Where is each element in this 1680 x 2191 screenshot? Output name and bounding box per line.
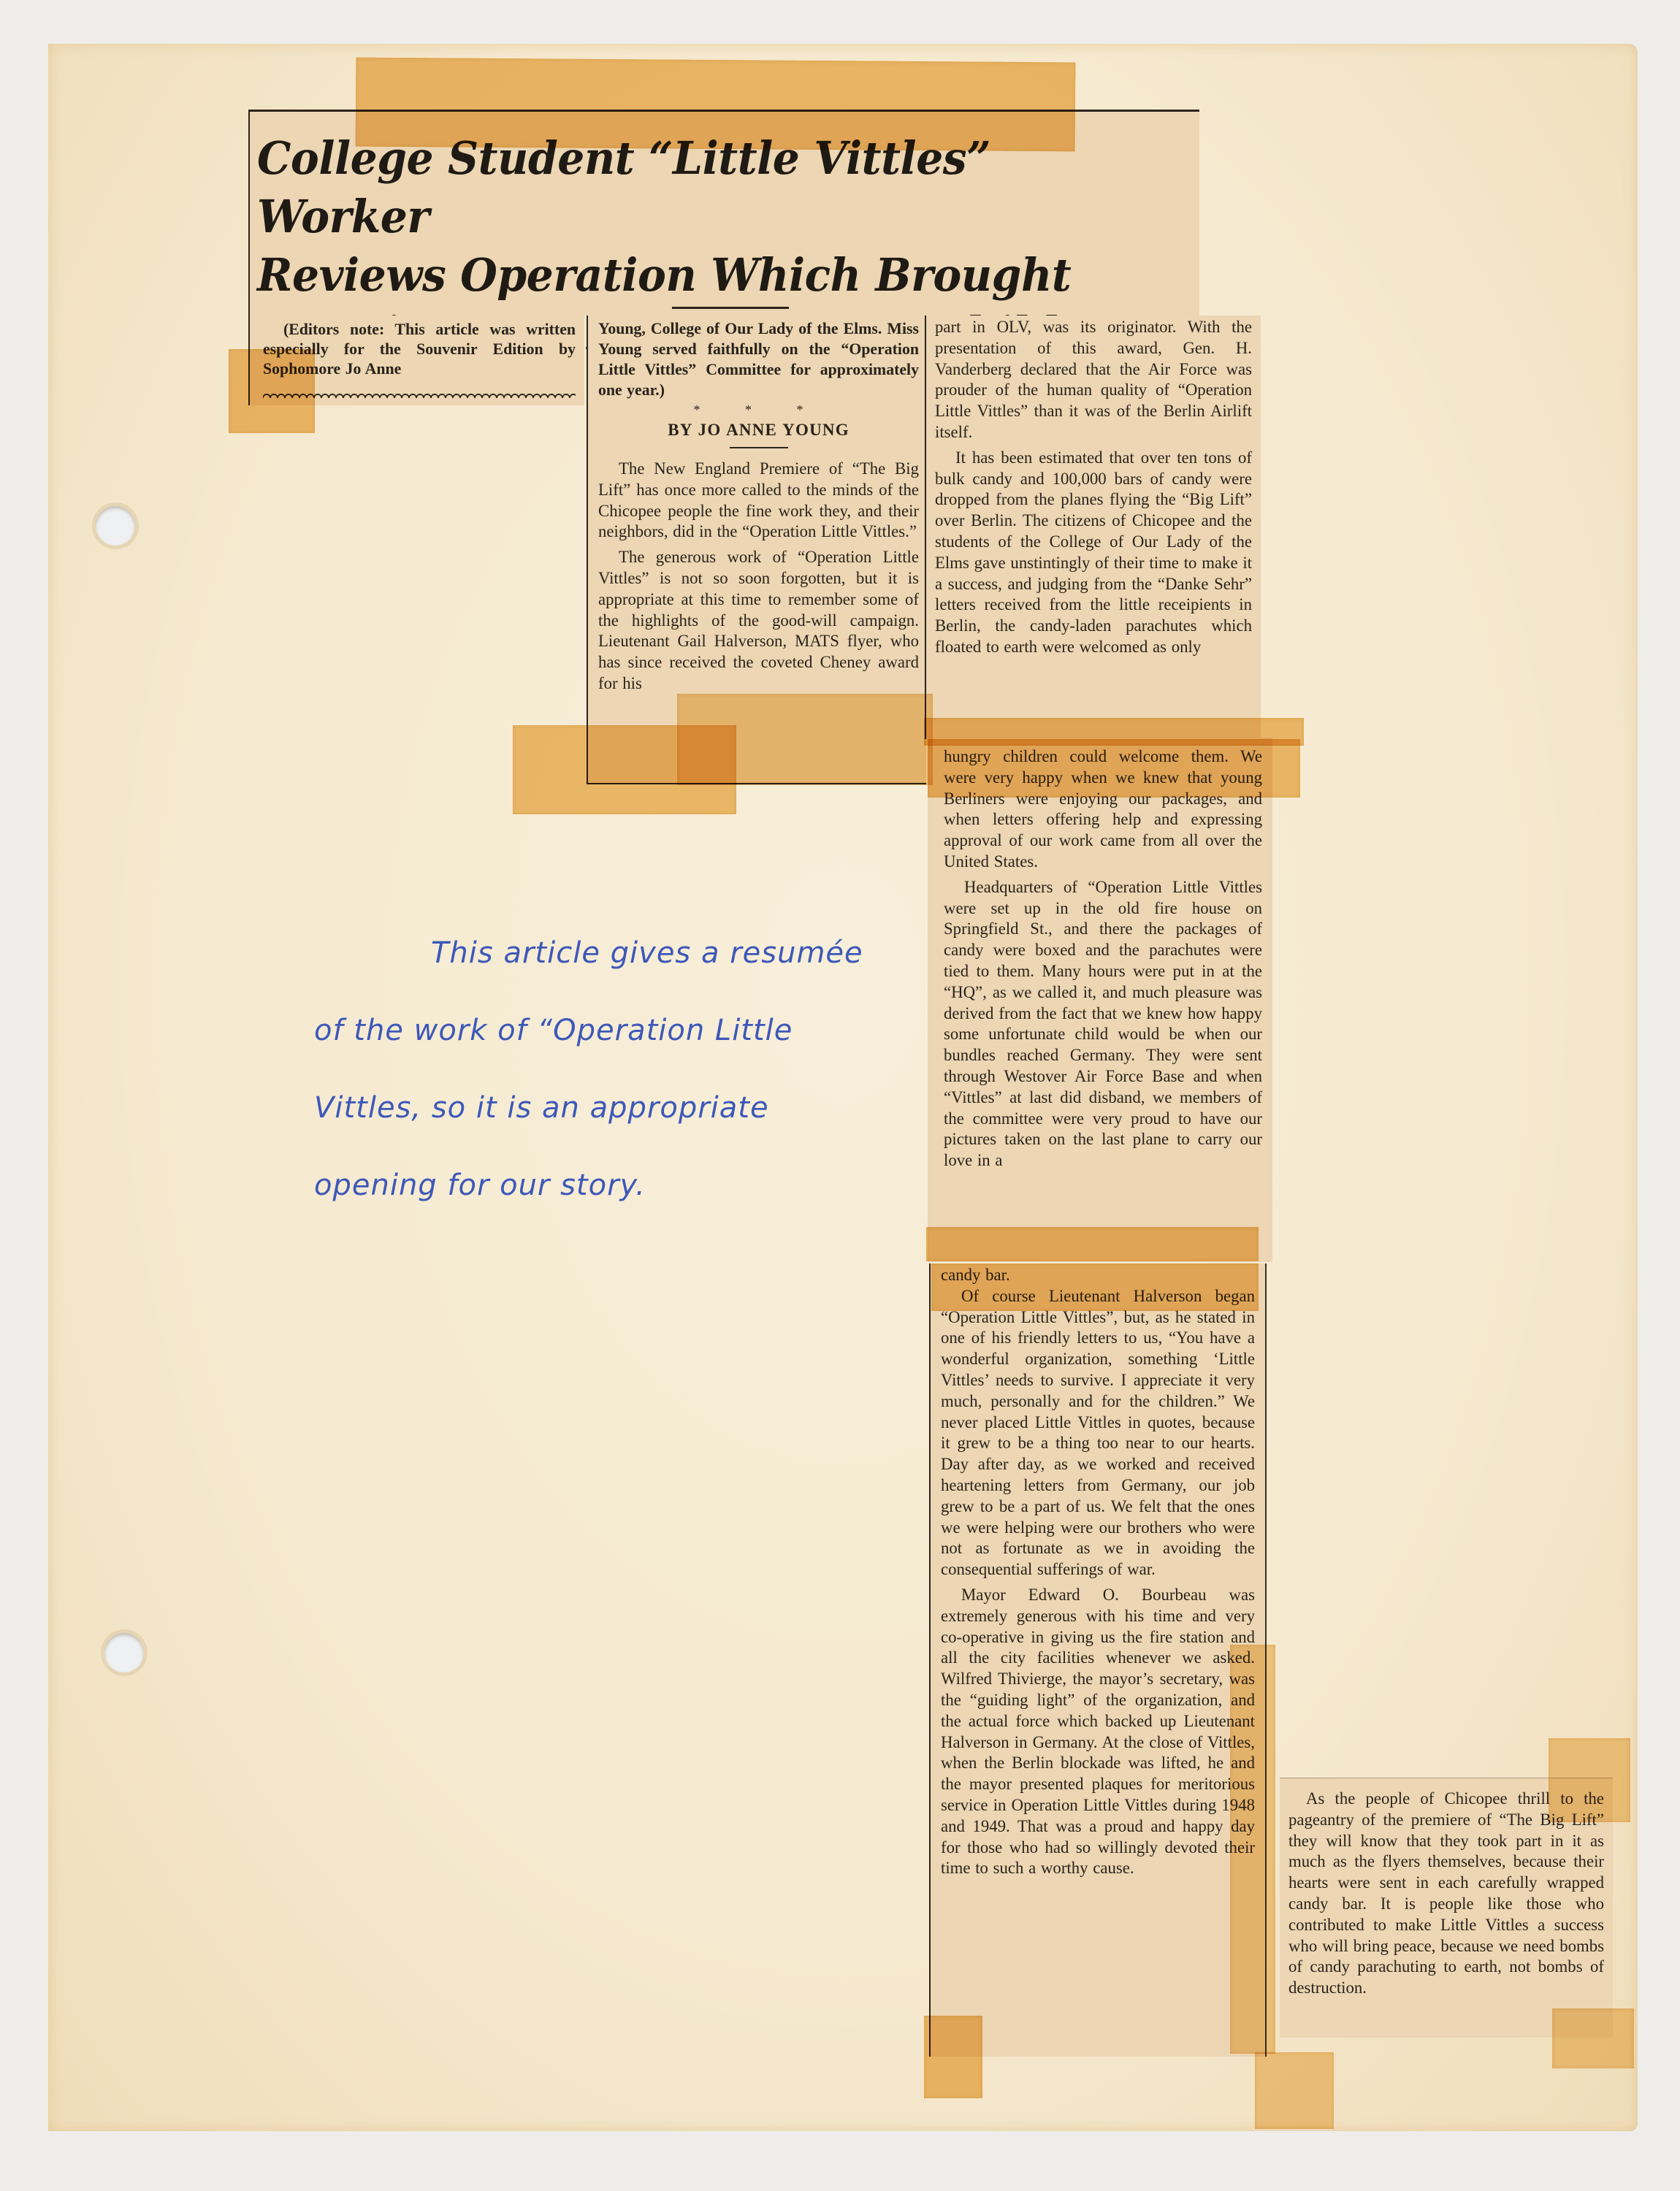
tape-strip (1549, 1738, 1630, 1822)
byline-divider (730, 447, 788, 448)
editors-note-continued: Young, College of Our Lady of the Elms. … (598, 318, 919, 400)
article-column-3-part-c: candy bar. Of course Lieutenant Halverso… (929, 1263, 1267, 2057)
article-column-3-part-a: part in OLV, was its originator. With th… (925, 316, 1261, 739)
separator-stars: * * * (598, 402, 919, 418)
tape-strip (1552, 2008, 1634, 2068)
tape-strip (928, 739, 1300, 798)
tape-strip (931, 1263, 1259, 1311)
punch-hole-top (96, 506, 135, 546)
paragraph: The generous work of “Operation Little V… (598, 547, 919, 695)
tape-strip (926, 1227, 1259, 1261)
tape-strip (677, 694, 933, 785)
handwritten-line: This article gives a resumée (314, 928, 957, 1005)
paragraph: It has been estimated that over ten tons… (935, 448, 1252, 658)
paragraph: part in OLV, was its originator. With th… (935, 317, 1252, 443)
tape-strip (229, 349, 315, 433)
handwritten-note: This article gives a resumée of the work… (314, 928, 957, 1237)
paragraph: Mayor Edward O. Bourbeau was extremely g… (941, 1585, 1255, 1879)
headline-line: Reviews Operation Which Brought (257, 246, 1143, 305)
headline-divider (672, 307, 789, 309)
byline: BY JO ANNE YOUNG (598, 418, 919, 443)
handwritten-line: of the work of “Operation Little (314, 1005, 957, 1082)
tape-strip (1230, 1645, 1275, 2054)
handwritten-line: opening for our story. (314, 1160, 957, 1237)
article-column-3-part-b: hungry children could welcome them. We w… (928, 738, 1272, 1262)
paragraph: Headquarters of “Operation Little Vittle… (944, 877, 1262, 1171)
tape-strip (1255, 2052, 1334, 2129)
punch-hole-bottom (104, 1633, 144, 1672)
tape-strip (924, 2016, 982, 2098)
tape-strip (356, 58, 1076, 152)
handwritten-line: Vittles, so it is an appropriate (314, 1082, 957, 1160)
paragraph: The New England Premiere of “The Big Lif… (598, 459, 919, 543)
paragraph: Of course Lieutenant Halverson began “Op… (941, 1286, 1255, 1580)
